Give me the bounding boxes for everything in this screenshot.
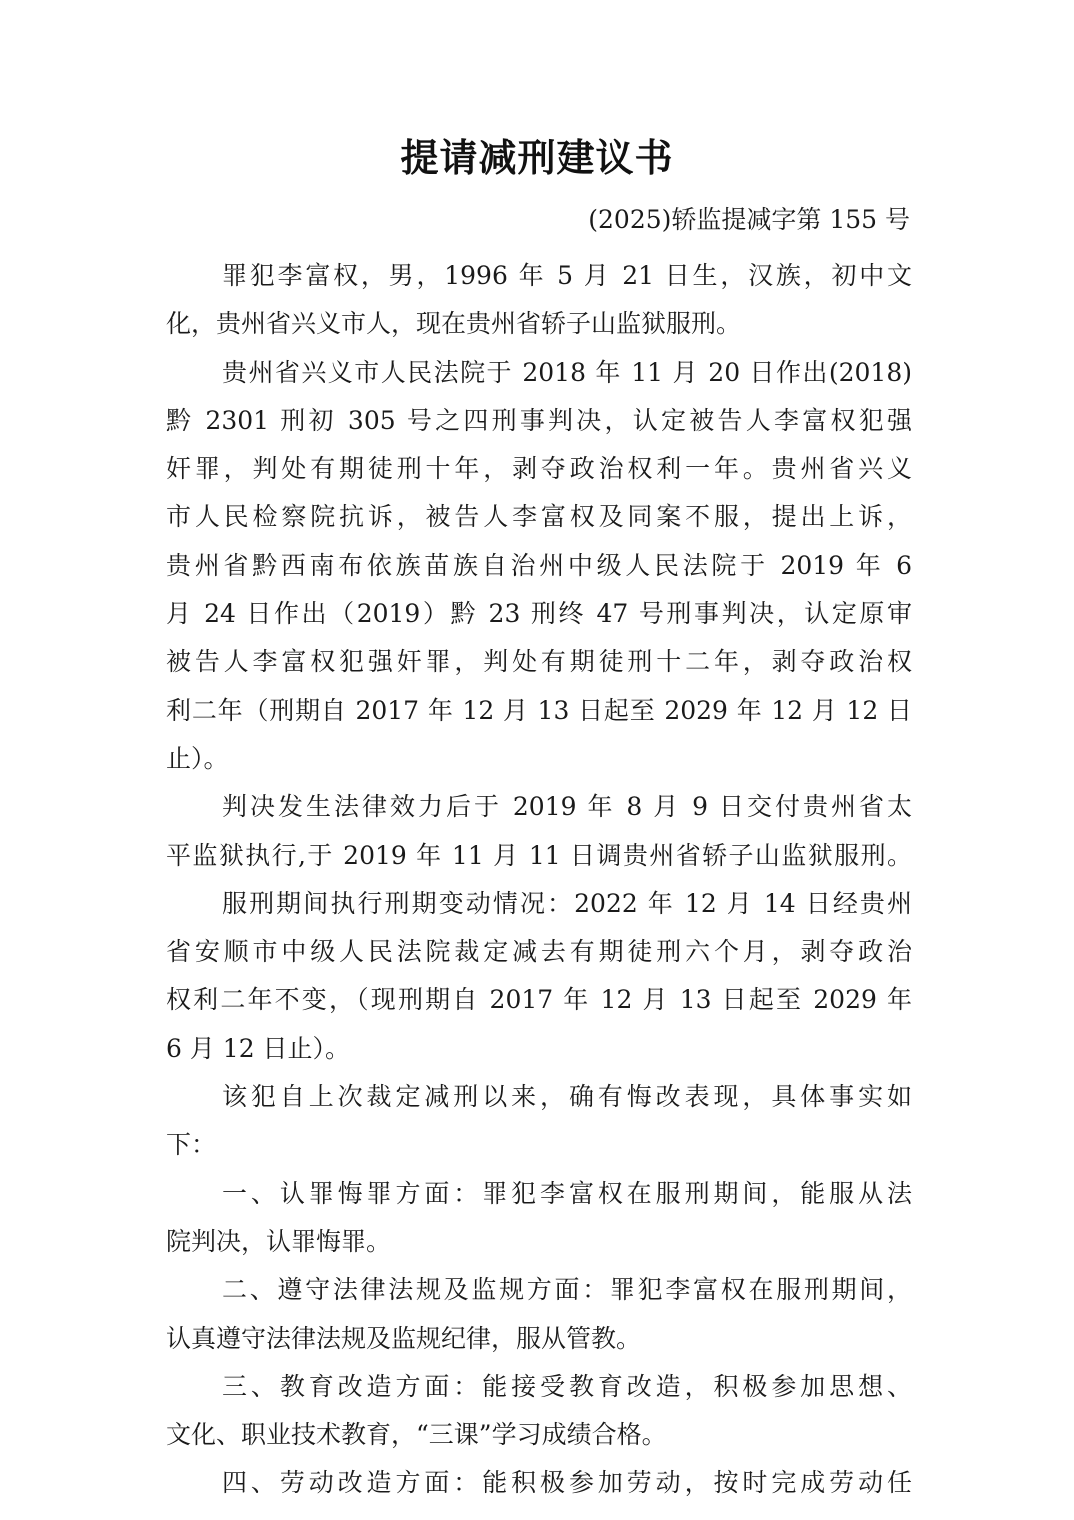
document-number: (2025)轿监提减字第 155 号 [588, 198, 910, 242]
paragraph-line: 市人民检察院抗诉，被告人李富权及同案不服，提出上诉， [166, 493, 912, 541]
paragraph-line: 止）。 [166, 735, 912, 783]
paragraph-line: 该犯自上次裁定减刑以来，确有悔改表现，具体事实如 [166, 1073, 912, 1121]
paragraph-line: 贵州省黔西南布依族苗族自治州中级人民法院于 2019 年 6 [166, 542, 912, 590]
paragraph-line: 判决发生法律效力后于 2019 年 8 月 9 日交付贵州省太 [166, 783, 912, 831]
paragraph-line: 二、遵守法律法规及监规方面：罪犯李富权在服刑期间， [166, 1266, 912, 1314]
document-title: 提请减刑建议书 [0, 132, 1074, 184]
paragraph-line: 利二年（刑期自 2017 年 12 月 13 日起至 2029 年 12 月 1… [166, 687, 912, 735]
paragraph-line: 奸罪，判处有期徒刑十年，剥夺政治权利一年。贵州省兴义 [166, 445, 912, 493]
paragraph-line: 省安顺市中级人民法院裁定减去有期徒刑六个月，剥夺政治 [166, 928, 912, 976]
paragraph-line: 文化、职业技术教育，“三课”学习成绩合格。 [166, 1411, 912, 1459]
document-body: 罪犯李富权，男，1996 年 5 月 21 日生，汉族，初中文 化，贵州省兴义市… [166, 252, 912, 1508]
paragraph-line: 贵州省兴义市人民法院于 2018 年 11 月 20 日作出(2018) [166, 349, 912, 397]
paragraph-line: 下： [166, 1121, 912, 1169]
paragraph-line: 权利二年不变，（现刑期自 2017 年 12 月 13 日起至 2029 年 [166, 976, 912, 1024]
document-page: 提请减刑建议书 (2025)轿监提减字第 155 号 罪犯李富权，男，1996 … [0, 0, 1074, 1520]
paragraph-line: 平监狱执行,于 2019 年 11 月 11 日调贵州省轿子山监狱服刑。 [166, 832, 912, 880]
paragraph-line: 认真遵守法律法规及监规纪律，服从管教。 [166, 1315, 912, 1363]
paragraph-line: 四、劳动改造方面：能积极参加劳动，按时完成劳动任 [166, 1459, 912, 1507]
paragraph-line: 化，贵州省兴义市人，现在贵州省轿子山监狱服刑。 [166, 300, 912, 348]
paragraph-line: 被告人李富权犯强奸罪，判处有期徒刑十二年，剥夺政治权 [166, 638, 912, 686]
paragraph-line: 黔 2301 刑初 305 号之四刑事判决，认定被告人李富权犯强 [166, 397, 912, 445]
paragraph-line: 一、认罪悔罪方面：罪犯李富权在服刑期间，能服从法 [166, 1170, 912, 1218]
paragraph-line: 月 24 日作出（2019）黔 23 刑终 47 号刑事判决，认定原审 [166, 590, 912, 638]
paragraph-line: 罪犯李富权，男，1996 年 5 月 21 日生，汉族，初中文 [166, 252, 912, 300]
paragraph-line: 三、教育改造方面：能接受教育改造，积极参加思想、 [166, 1363, 912, 1411]
paragraph-line: 6 月 12 日止）。 [166, 1025, 912, 1073]
paragraph-line: 院判决，认罪悔罪。 [166, 1218, 912, 1266]
paragraph-line: 服刑期间执行刑期变动情况：2022 年 12 月 14 日经贵州 [166, 880, 912, 928]
